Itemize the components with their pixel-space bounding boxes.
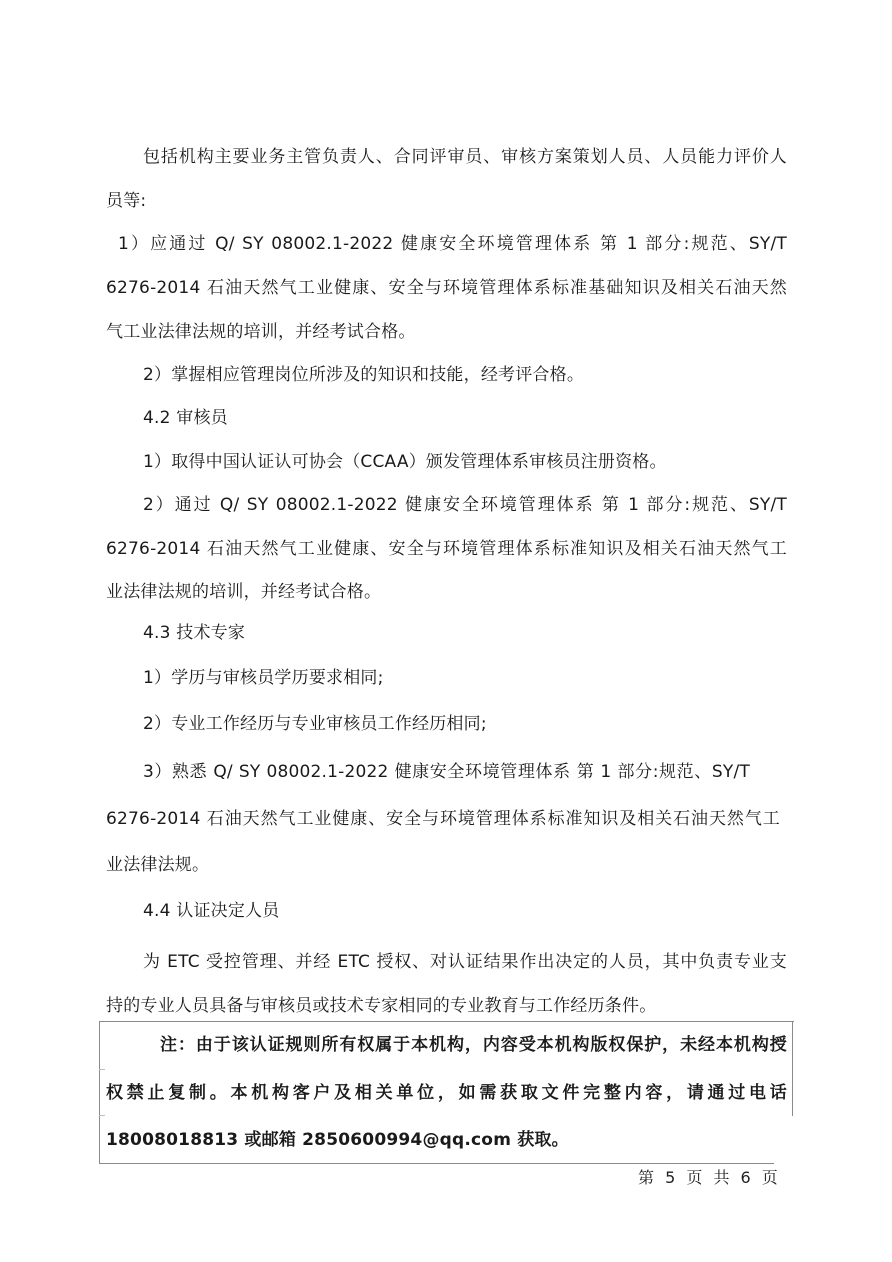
note-line: 注：由于该认证规则所有权属于本机构，内容受本机构版权保护，未经本机构授	[160, 1034, 787, 1056]
paragraph-line: 1）应通过 Q/ SY 08002.1-2022 健康安全环境管理体系 第 1 …	[118, 233, 787, 255]
paragraph-line: 持的专业人员具备与审核员或技术专家相同的专业教育与工作经历条件。	[106, 995, 656, 1017]
paragraph-line: 6276-2014 石油天然气工业健康、安全与环境管理体系标准知识及相关石油天然…	[106, 808, 780, 830]
note-line: 权禁止复制。本机构客户及相关单位，如需获取文件完整内容，请通过电话	[106, 1082, 787, 1104]
paragraph-line: 为 ETC 受控管理、并经 ETC 授权、对认证结果作出决定的人员，其中负责专业…	[143, 951, 787, 973]
paragraph-line: 业法律法规。	[106, 854, 209, 876]
note-contact-line: 18008018813 或邮箱 2850600994@qq.com 获取。	[106, 1129, 569, 1151]
paragraph-line: 2）掌握相应管理岗位所涉及的知识和技能，经考评合格。	[143, 364, 584, 386]
paragraph-line: 2）通过 Q/ SY 08002.1-2022 健康安全环境管理体系 第 1 部…	[143, 494, 787, 516]
note-box-right-border	[792, 1021, 793, 1116]
paragraph-line: 气工业法律法规的培训，并经考试合格。	[106, 321, 416, 343]
page-number: 第 5 页 共 6 页	[638, 1165, 781, 1188]
paragraph-line: 3）熟悉 Q/ SY 08002.1-2022 健康安全环境管理体系 第 1 部…	[143, 761, 750, 783]
paragraph-line: 业法律法规的培训，并经考试合格。	[106, 581, 381, 603]
paragraph-line: 6276-2014 石油天然气工业健康、安全与环境管理体系标准知识及相关石油天然…	[106, 538, 787, 560]
paragraph-line: 1）取得中国认证认可协会（CCAA）颁发管理体系审核员注册资格。	[143, 451, 667, 473]
paragraph-line: 1）学历与审核员学历要求相同;	[143, 667, 384, 689]
paragraph-line: 6276-2014 石油天然气工业健康、安全与环境管理体系标准基础知识及相关石油…	[106, 277, 787, 299]
paragraph-line: 员等:	[106, 190, 146, 212]
note-box-bottom-border	[99, 1163, 774, 1164]
section-heading-4-4: 4.4 认证决定人员	[143, 900, 279, 922]
note-divider	[99, 1069, 105, 1070]
paragraph-line: 包括机构主要业务主管负责人、合同评审员、审核方案策划人员、人员能力评价人	[143, 146, 787, 168]
paragraph-line: 2）专业工作经历与专业审核员工作经历相同;	[143, 713, 487, 735]
section-heading-4-2: 4.2 审核员	[143, 407, 228, 429]
section-heading-4-3: 4.3 技术专家	[143, 622, 245, 644]
note-divider	[99, 1115, 105, 1116]
